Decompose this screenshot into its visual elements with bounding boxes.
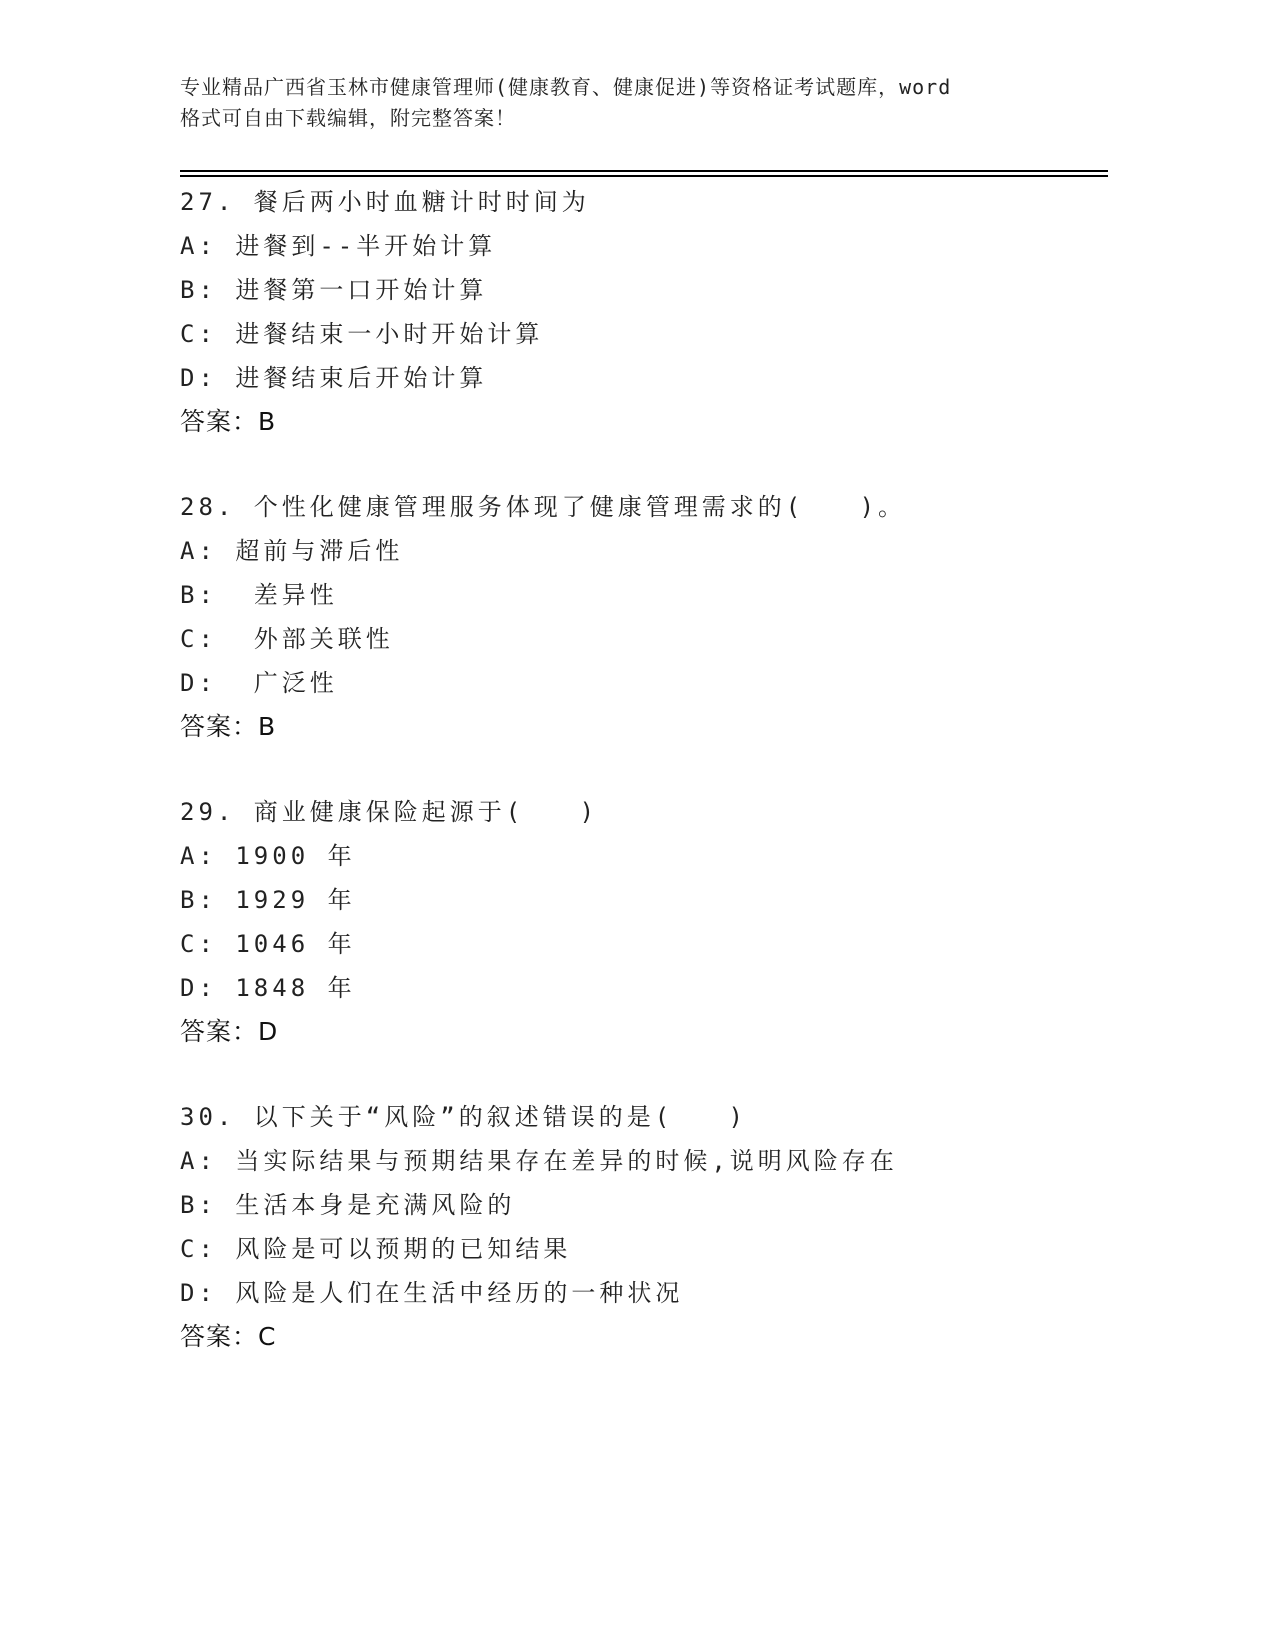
option-c: C: 外部关联性 [180,617,1080,661]
header-divider-bottom [180,175,1108,177]
option-d: D: 广泛性 [180,661,1080,705]
option-d: D: 1848 年 [180,966,1080,1010]
option-b: B: 差异性 [180,573,1080,617]
option-d: D: 进餐结束后开始计算 [180,356,1080,400]
question-stem: 27. 餐后两小时血糖计时时间为 [180,180,1080,224]
option-a: A: 当实际结果与预期结果存在差异的时候,说明风险存在 [180,1139,1080,1183]
answer: 答案：B [180,400,1080,444]
question-28: 28. 个性化健康管理服务体现了健康管理需求的( )。 A: 超前与滞后性 B:… [180,485,1080,749]
question-stem: 30. 以下关于“风险”的叙述错误的是( ) [180,1095,1080,1139]
header-divider-top [180,170,1108,172]
question-29: 29. 商业健康保险起源于( ) A: 1900 年 B: 1929 年 C: … [180,790,1080,1054]
question-stem: 29. 商业健康保险起源于( ) [180,790,1080,834]
header-line-1: 专业精品广西省玉林市健康管理师(健康教育、健康促进)等资格证考试题库，word [180,72,1060,103]
header-line-2: 格式可自由下载编辑，附完整答案！ [180,103,1060,134]
option-c: C: 进餐结束一小时开始计算 [180,312,1080,356]
option-a: A: 超前与滞后性 [180,529,1080,573]
option-c: C: 风险是可以预期的已知结果 [180,1227,1080,1271]
answer: 答案：D [180,1010,1080,1054]
option-c: C: 1046 年 [180,922,1080,966]
option-a: A: 进餐到--半开始计算 [180,224,1080,268]
option-b: B: 生活本身是充满风险的 [180,1183,1080,1227]
option-b: B: 1929 年 [180,878,1080,922]
question-stem: 28. 个性化健康管理服务体现了健康管理需求的( )。 [180,485,1080,529]
option-d: D: 风险是人们在生活中经历的一种状况 [180,1271,1080,1315]
answer: 答案：B [180,705,1080,749]
document-header: 专业精品广西省玉林市健康管理师(健康教育、健康促进)等资格证考试题库，word … [180,72,1060,134]
answer: 答案：C [180,1315,1080,1359]
question-30: 30. 以下关于“风险”的叙述错误的是( ) A: 当实际结果与预期结果存在差异… [180,1095,1080,1359]
option-b: B: 进餐第一口开始计算 [180,268,1080,312]
option-a: A: 1900 年 [180,834,1080,878]
question-27: 27. 餐后两小时血糖计时时间为 A: 进餐到--半开始计算 B: 进餐第一口开… [180,180,1080,444]
